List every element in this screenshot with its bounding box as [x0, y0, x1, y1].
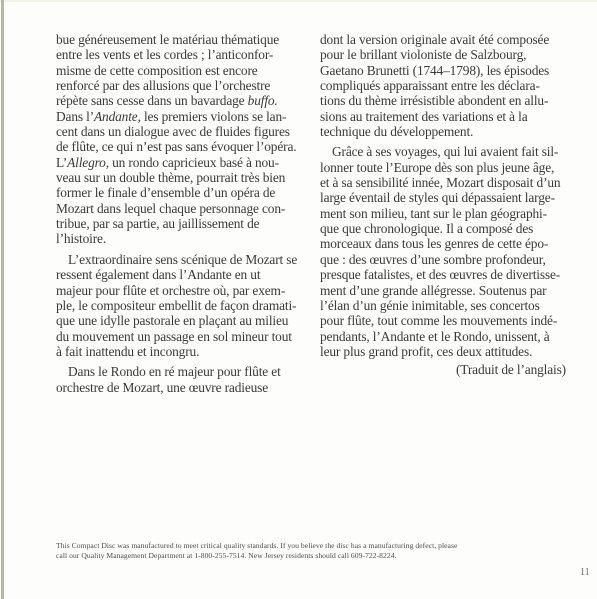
text-line: lonner toute l’Europe dès son plus jeune…: [320, 160, 566, 175]
italic-term-buffo: buffo.: [248, 93, 278, 108]
text-fragment: un rondo capricieux basé à nou-: [109, 155, 279, 170]
text-line: sions au traitement des variations et à …: [320, 109, 566, 124]
page-top-edge: [0, 0, 597, 2]
text-fragment: Dans l’: [56, 109, 94, 124]
paragraph-4: dont la version originale avait été comp…: [320, 32, 566, 139]
text-line: répète sans cesse dans un bavardage buff…: [56, 93, 296, 108]
text-line: presque fatalistes, et des œuvres de div…: [320, 267, 566, 282]
text-line: ressent également dans l’Andante en ut: [56, 267, 296, 282]
right-text-column: dont la version originale avait été comp…: [320, 32, 566, 378]
page-number: 11: [580, 567, 590, 578]
text-line: pour flûte, tout comme les mouvements in…: [320, 313, 566, 328]
text-line: majeur pour flûte et orchestre où, par e…: [56, 283, 296, 298]
text-line: que une idylle pastorale en plaçant au m…: [56, 313, 296, 328]
text-line: tions du thème irrésistible abondent en …: [320, 93, 566, 108]
text-fragment: les premiers violons se lan-: [141, 109, 287, 124]
text-line: veau sur un double thème, pourrait très …: [56, 170, 296, 185]
text-line: pendants, l’Andante et le Rondo, unissen…: [320, 329, 566, 344]
footer-line: call our Quality Management Department a…: [56, 551, 457, 561]
text-line: former le finale d’ensemble d’un opéra d…: [56, 185, 296, 200]
text-line: cent dans un dialogue avec de fluides fi…: [56, 124, 296, 139]
text-line: Mozart dans lequel chaque personnage con…: [56, 201, 296, 216]
italic-term-allegro: Allegro,: [67, 155, 109, 170]
footer-line: This Compact Disc was manufactured to me…: [56, 541, 457, 551]
text-line: pour le brillant violoniste de Salzbourg…: [320, 47, 566, 62]
paragraph-2: L’extraordinaire sens scénique de Mozart…: [56, 252, 296, 359]
text-line: orchestre de Mozart, une œuvre radieuse: [56, 380, 296, 395]
text-line: morceaux dans tous les genres de cette é…: [320, 236, 566, 251]
text-line: L’Allegro, un rondo capricieux basé à no…: [56, 155, 296, 170]
text-fragment: répète sans cesse dans un bavardage: [56, 93, 248, 108]
text-line: bue généreusement le matériau thématique: [56, 32, 296, 47]
text-line: que : des œuvres d’une sombre profondeur…: [320, 252, 566, 267]
text-fragment: L’: [56, 155, 67, 170]
text-line: et à sa sensibilité innée, Mozart dispos…: [320, 175, 566, 190]
text-line: Dans l’Andante, les premiers violons se …: [56, 109, 296, 124]
translation-note: (Traduit de l’anglais): [320, 362, 566, 377]
text-line: compliqués apparaissant entre les déclar…: [320, 78, 566, 93]
text-line: du mouvement un passage en sol mineur to…: [56, 329, 296, 344]
text-line: entre les vents et les cordes ; l’antico…: [56, 47, 296, 62]
text-line: technique du développement.: [320, 124, 566, 139]
paragraph-5: Grâce à ses voyages, qui lui avaient fai…: [320, 144, 566, 359]
text-line: misme de cette composition est encore: [56, 63, 296, 78]
text-line: Gaetano Brunetti (1744–1798), les épisod…: [320, 63, 566, 78]
paragraph-3: Dans le Rondo en ré majeur pour flûte et…: [56, 364, 296, 395]
text-line: Grâce à ses voyages, qui lui avaient fai…: [320, 144, 566, 159]
text-line: Dans le Rondo en ré majeur pour flûte et: [56, 364, 296, 379]
left-text-column: bue généreusement le matériau thématique…: [56, 32, 296, 395]
italic-term-andante: Andante,: [94, 109, 141, 124]
text-line: tribue, par sa partie, au jaillissement …: [56, 216, 296, 231]
text-line: que que chronologique. Il a composé des: [320, 221, 566, 236]
text-line: L’extraordinaire sens scénique de Mozart…: [56, 252, 296, 267]
text-line: ple, le compositeur embellit de façon dr…: [56, 298, 296, 313]
text-line: renforcé par des allusions que l’orchest…: [56, 78, 296, 93]
text-line: ment d’une grande allégresse. Soutenus p…: [320, 283, 566, 298]
text-line: ment son milieu, tant sur le plan géogra…: [320, 206, 566, 221]
text-line: l’élan d’un génie inimitable, ses concer…: [320, 298, 566, 313]
text-line: large éventail de styles qui dépassaient…: [320, 190, 566, 205]
quality-disclaimer-footer: This Compact Disc was manufactured to me…: [56, 541, 457, 560]
text-line: de flûte, ce qui n’est pas sans évoquer …: [56, 139, 296, 154]
text-line: leur plus grand profit, ces deux attitud…: [320, 344, 566, 359]
text-line: à fait inattendu et incongru.: [56, 344, 296, 359]
text-line: l’histoire.: [56, 231, 296, 246]
paragraph-1: bue généreusement le matériau thématique…: [56, 32, 296, 247]
text-line: dont la version originale avait été comp…: [320, 32, 566, 47]
page-binding-edge: [1, 0, 4, 599]
